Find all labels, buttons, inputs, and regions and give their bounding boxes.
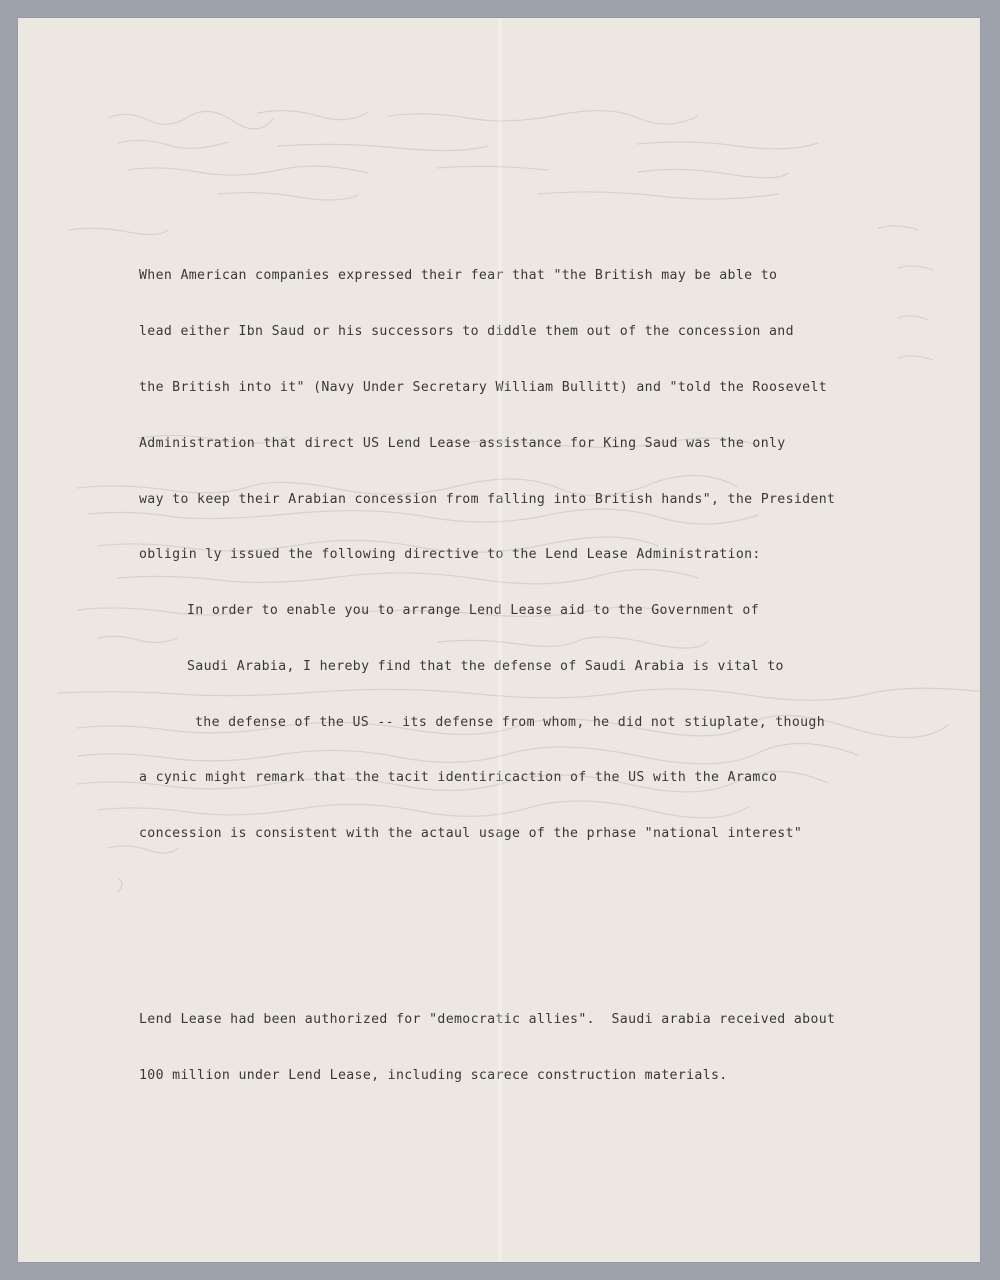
text-line: obligin ly issued the following directiv…: [139, 546, 835, 565]
text-line: Lend Lease had been authorized for "demo…: [139, 1011, 835, 1030]
text-line: concession is consistent with the actaul…: [139, 825, 835, 844]
typed-text-body: When American companies expressed their …: [139, 193, 835, 1160]
text-line: 100 million under Lend Lease, including …: [139, 1067, 835, 1086]
text-line: way to keep their Arabian concession fro…: [139, 491, 835, 510]
paragraph-gap: [139, 918, 835, 937]
document-page: When American companies expressed their …: [18, 18, 980, 1262]
quoted-directive-line: In order to enable you to arrange Lend L…: [139, 602, 835, 621]
quoted-directive-line: Saudi Arabia, I hereby find that the def…: [139, 658, 835, 677]
quoted-directive-line: the defense of the US -- its defense fro…: [139, 714, 835, 733]
text-line: lead either Ibn Saud or his successors t…: [139, 323, 835, 342]
paragraph-1: When American companies expressed their …: [139, 230, 835, 881]
text-line: the British into it" (Navy Under Secreta…: [139, 379, 835, 398]
text-line: When American companies expressed their …: [139, 267, 835, 286]
text-line: Administration that direct US Lend Lease…: [139, 435, 835, 454]
text-line: a cynic might remark that the tacit iden…: [139, 769, 835, 788]
paragraph-2: Lend Lease had been authorized for "demo…: [139, 974, 835, 1123]
